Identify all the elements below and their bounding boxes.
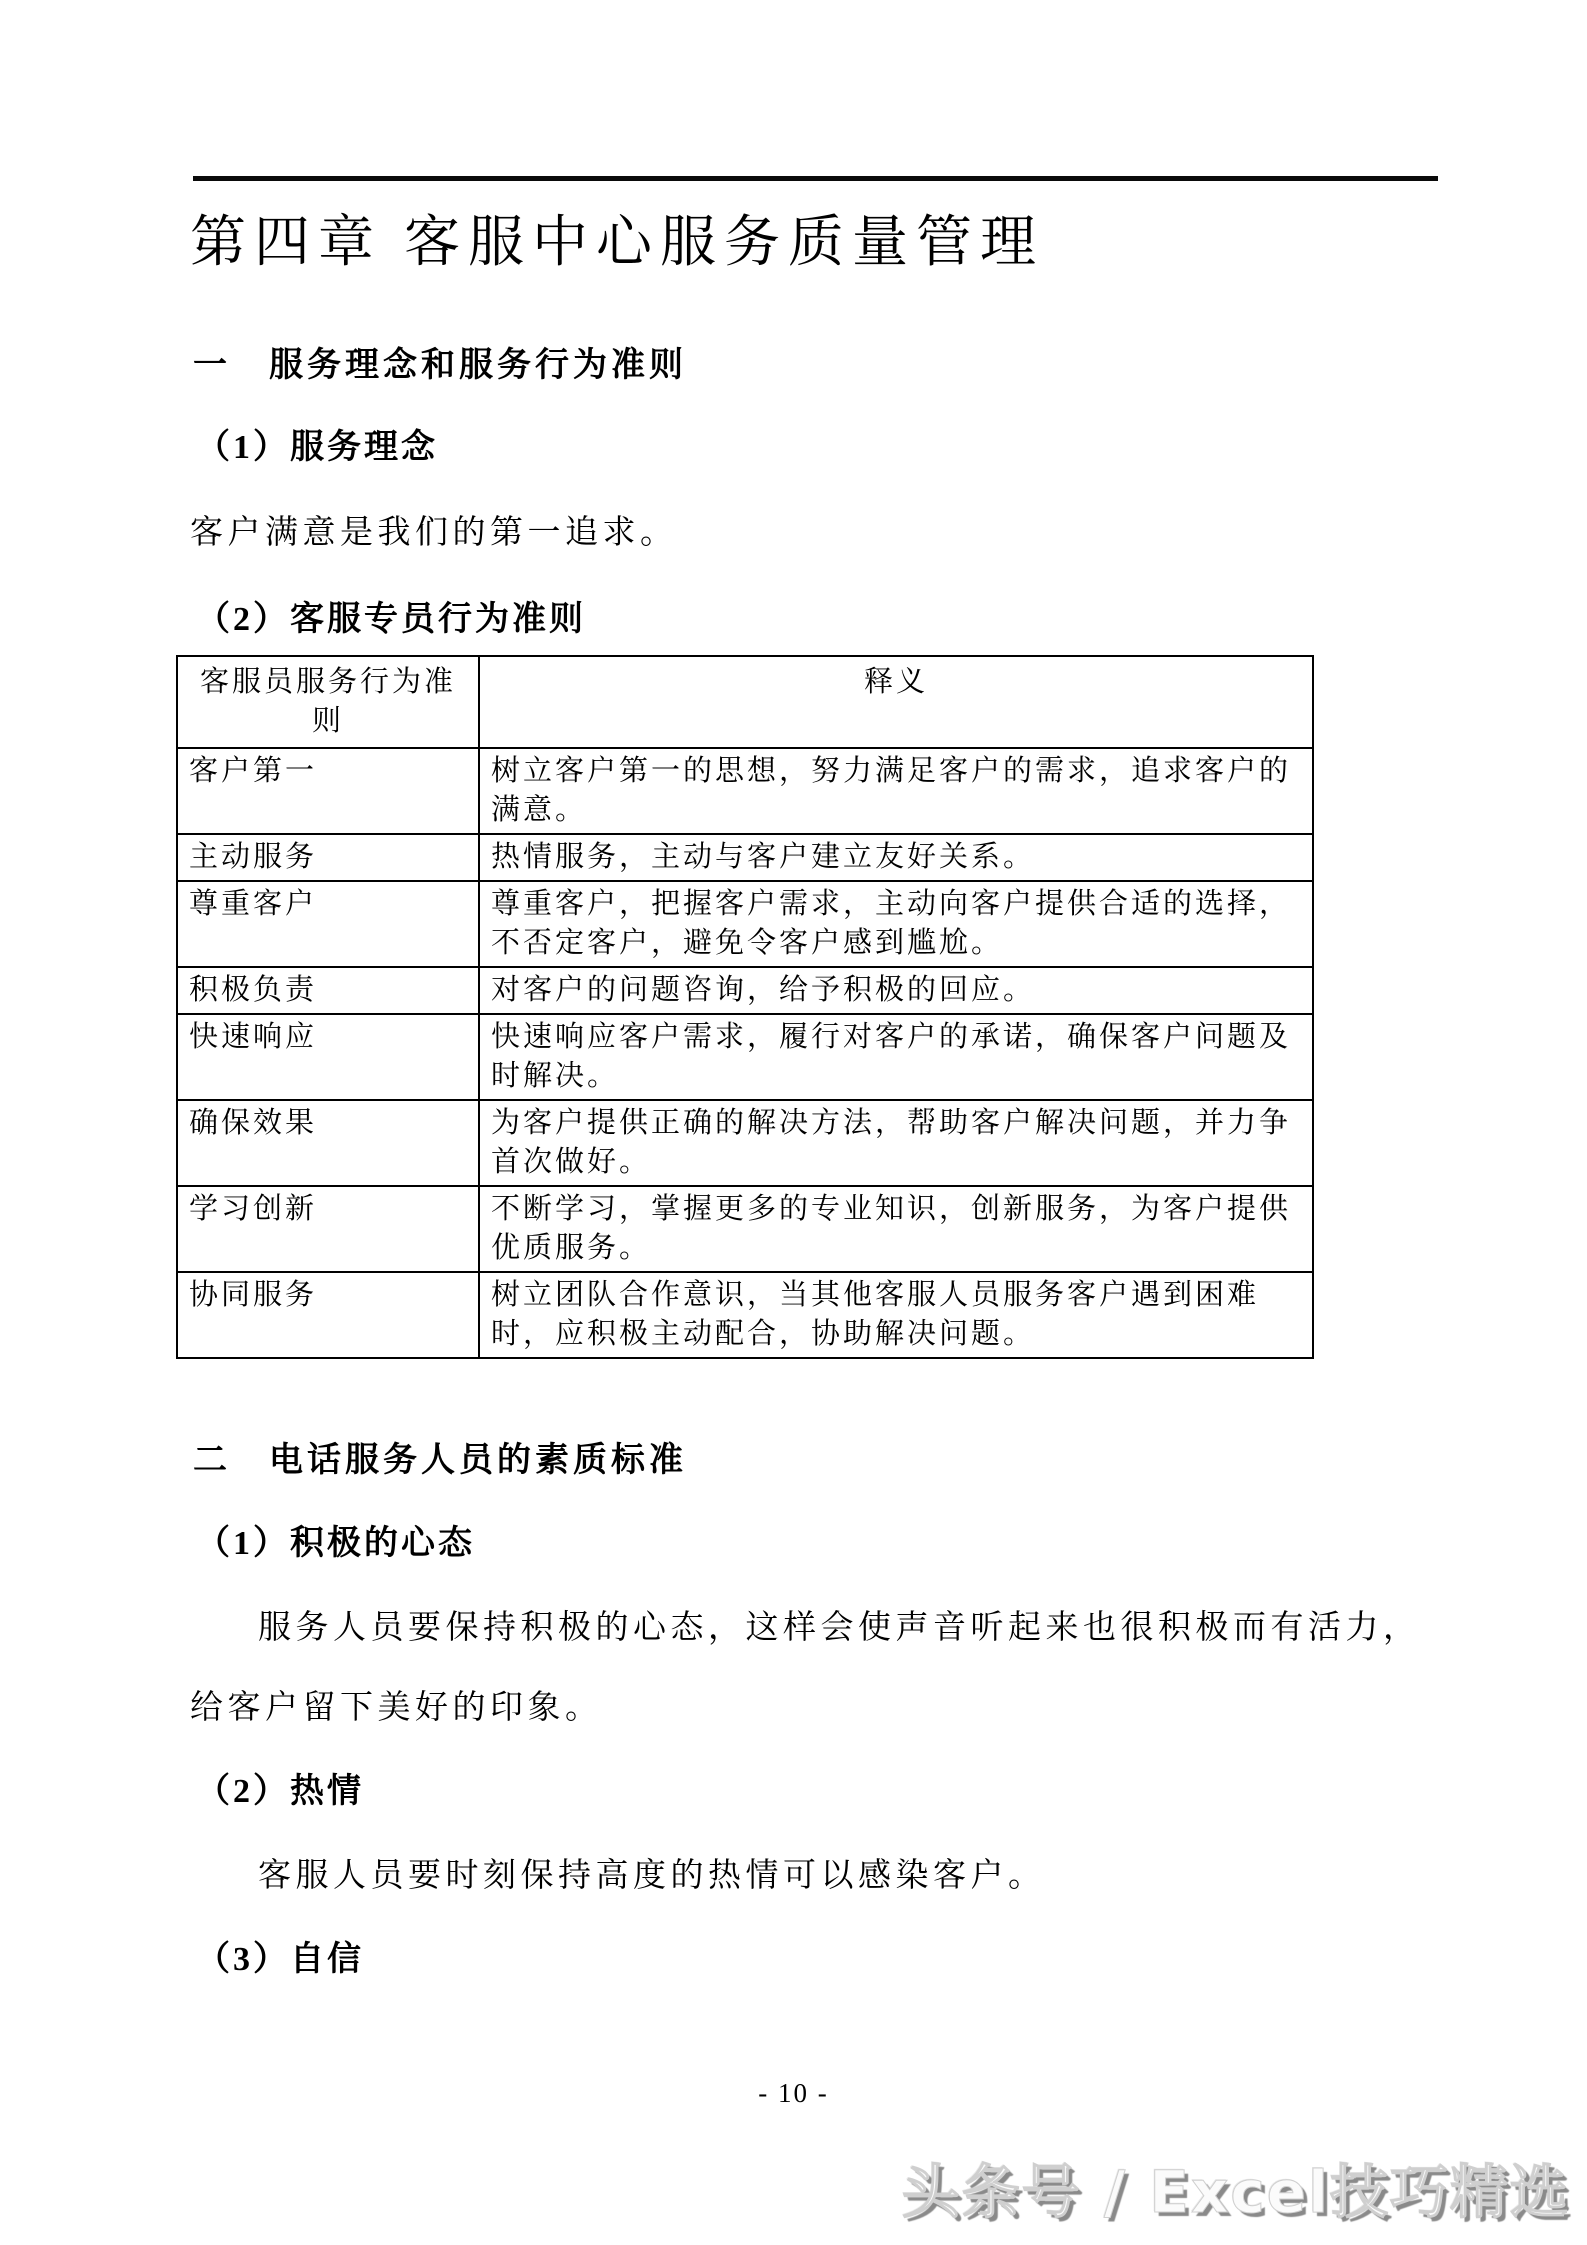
- header-rule-divider: [193, 176, 1438, 181]
- table-row: 确保效果 为客户提供正确的解决方法，帮助客户解决问题，并力争首次做好。: [177, 1100, 1313, 1186]
- watermark: 头条号 / Excel技巧精选: [902, 2145, 1570, 2229]
- document-page: 第四章 客服中心服务质量管理 一 服务理念和服务行为准则 （1）服务理念 客户满…: [0, 0, 1587, 2245]
- table-row: 协同服务 树立团队合作意识，当其他客服人员服务客户遇到困难时，应积极主动配合，协…: [177, 1272, 1313, 1358]
- meaning-cell: 不断学习，掌握更多的专业知识，创新服务，为客户提供优质服务。: [479, 1186, 1313, 1272]
- section-1-sub-1-body: 客户满意是我们的第一追求。: [190, 505, 678, 561]
- term-cell: 学习创新: [177, 1186, 479, 1272]
- section-2-sub-3-heading: （3）自信: [196, 1932, 364, 1988]
- term-cell: 积极负责: [177, 967, 479, 1014]
- term-cell: 快速响应: [177, 1014, 479, 1100]
- term-cell: 客户第一: [177, 748, 479, 834]
- table-row: 尊重客户 尊重客户，把握客户需求，主动向客户提供合适的选择，不否定客户，避免令客…: [177, 881, 1313, 967]
- table-header-meaning: 释义: [479, 656, 1313, 748]
- table-header-row: 客服员服务行为准则 释义: [177, 656, 1313, 748]
- section-2-sub-1-body: 服务人员要保持积极的心态，这样会使声音听起来也很积极而有活力，给客户留下美好的印…: [190, 1588, 1440, 1748]
- section-2-heading: 二 电话服务人员的素质标准: [193, 1433, 687, 1489]
- chapter-title: 第四章 客服中心服务质量管理: [190, 198, 1044, 288]
- meaning-cell: 尊重客户，把握客户需求，主动向客户提供合适的选择，不否定客户，避免令客户感到尴尬…: [479, 881, 1313, 967]
- section-1-sub-1-heading: （1）服务理念: [196, 420, 438, 476]
- section-2-sub-2-body: 客服人员要时刻保持高度的热情可以感染客户。: [190, 1848, 1046, 1904]
- term-cell: 尊重客户: [177, 881, 479, 967]
- meaning-cell: 树立客户第一的思想，努力满足客户的需求，追求客户的满意。: [479, 748, 1313, 834]
- table-row: 主动服务 热情服务，主动与客户建立友好关系。: [177, 834, 1313, 881]
- table-row: 积极负责 对客户的问题咨询，给予积极的回应。: [177, 967, 1313, 1014]
- service-rules-table: 客服员服务行为准则 释义 客户第一 树立客户第一的思想，努力满足客户的需求，追求…: [176, 655, 1314, 1359]
- section-1-sub-2-heading: （2）客服专员行为准则: [196, 592, 586, 648]
- section-1-heading: 一 服务理念和服务行为准则: [193, 338, 687, 394]
- meaning-cell: 热情服务，主动与客户建立友好关系。: [479, 834, 1313, 881]
- section-2-sub-2-heading: （2）热情: [196, 1764, 364, 1820]
- term-cell: 主动服务: [177, 834, 479, 881]
- table-row: 学习创新 不断学习，掌握更多的专业知识，创新服务，为客户提供优质服务。: [177, 1186, 1313, 1272]
- term-cell: 协同服务: [177, 1272, 479, 1358]
- page-number: - 10 -: [0, 2078, 1587, 2109]
- meaning-cell: 树立团队合作意识，当其他客服人员服务客户遇到困难时，应积极主动配合，协助解决问题…: [479, 1272, 1313, 1358]
- table-row: 客户第一 树立客户第一的思想，努力满足客户的需求，追求客户的满意。: [177, 748, 1313, 834]
- meaning-cell: 对客户的问题咨询，给予积极的回应。: [479, 967, 1313, 1014]
- term-cell: 确保效果: [177, 1100, 479, 1186]
- section-2-sub-1-heading: （1）积极的心态: [196, 1516, 475, 1572]
- meaning-cell: 为客户提供正确的解决方法，帮助客户解决问题，并力争首次做好。: [479, 1100, 1313, 1186]
- table-header-term: 客服员服务行为准则: [177, 656, 479, 748]
- meaning-cell: 快速响应客户需求，履行对客户的承诺，确保客户问题及时解决。: [479, 1014, 1313, 1100]
- table-row: 快速响应 快速响应客户需求，履行对客户的承诺，确保客户问题及时解决。: [177, 1014, 1313, 1100]
